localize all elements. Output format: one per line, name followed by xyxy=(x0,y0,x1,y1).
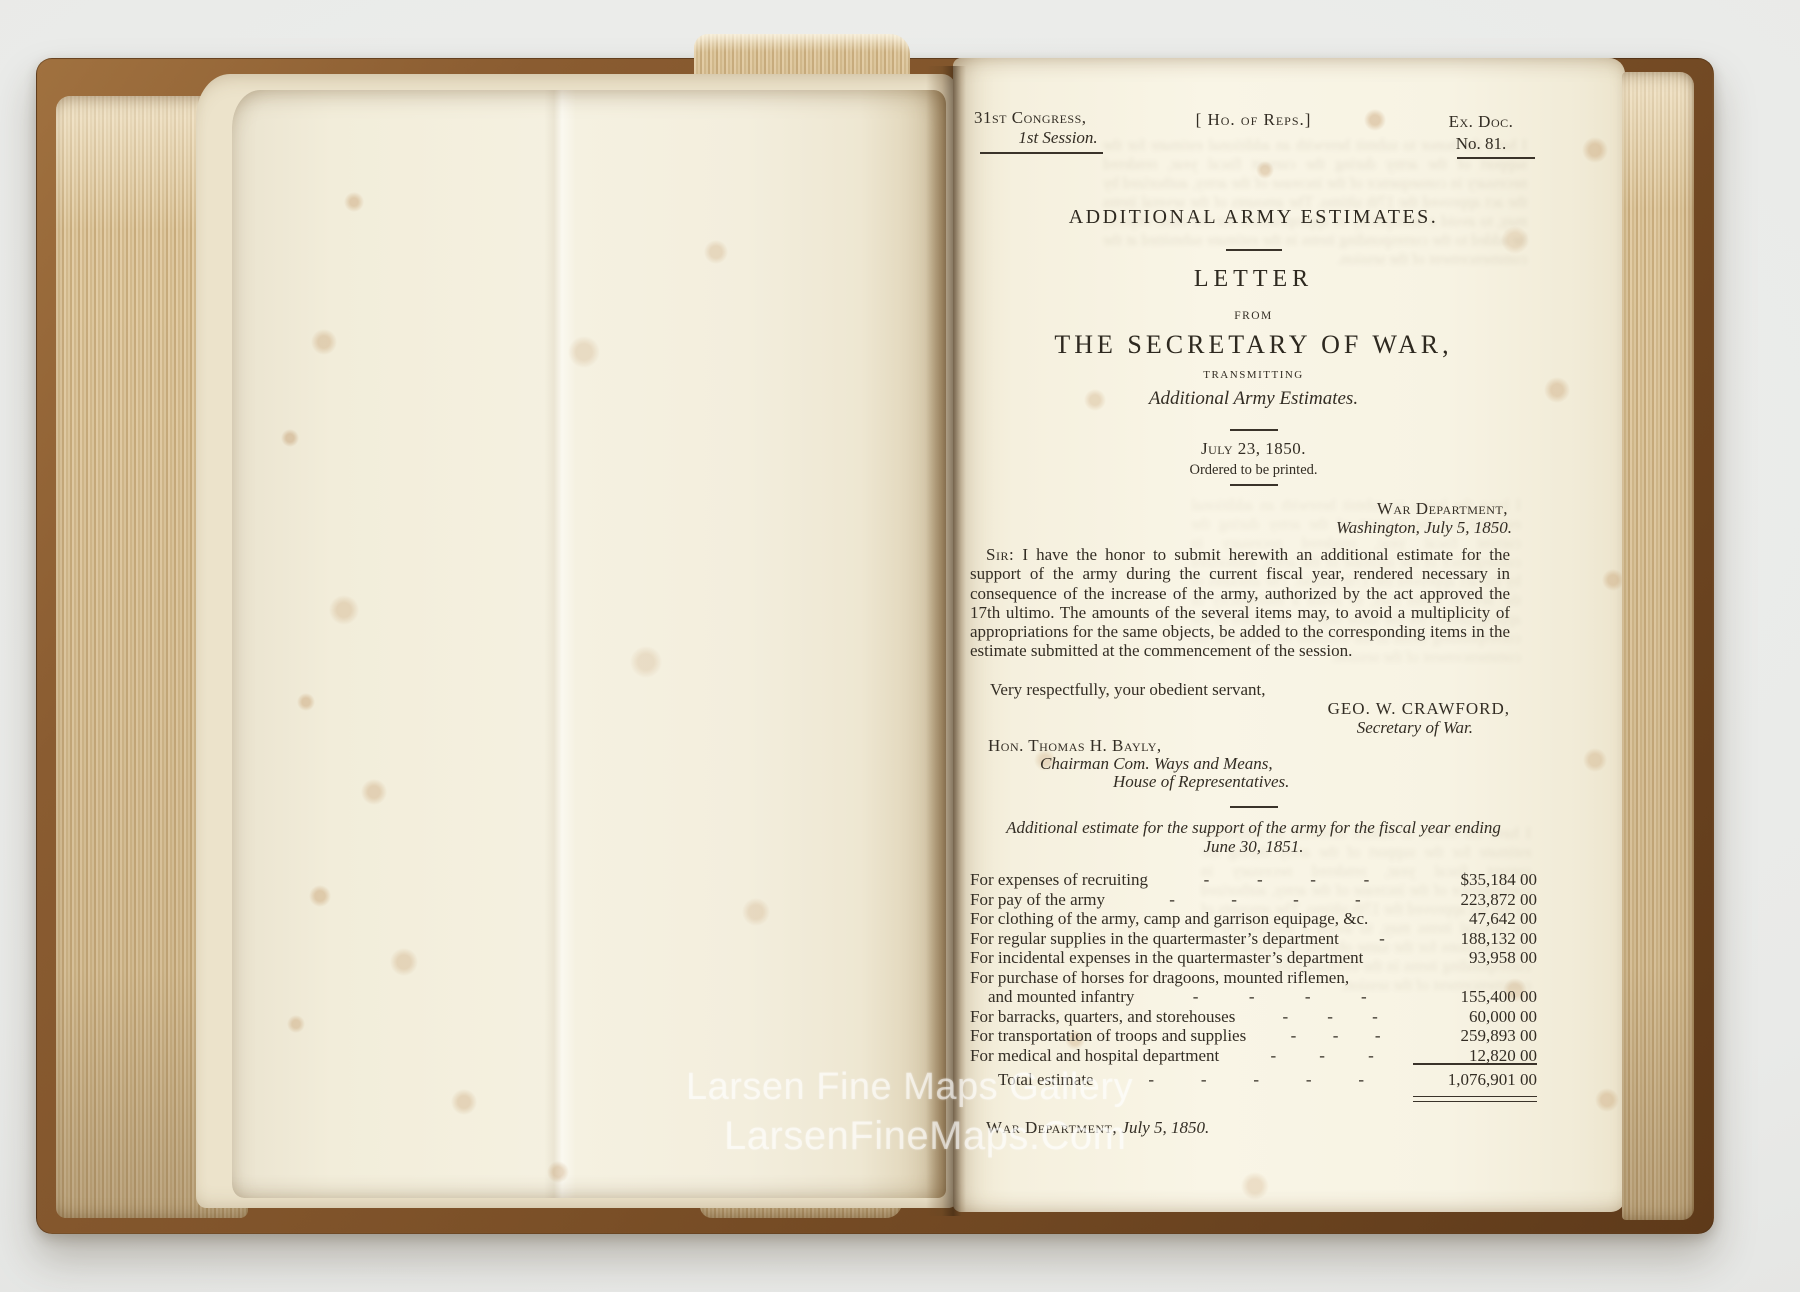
estimate-row-leader: ---- xyxy=(1134,987,1425,1007)
estimate-row-label: For expenses of recruiting xyxy=(970,870,1148,890)
estimate-row: For expenses of recruiting----$35,184 00 xyxy=(970,870,1537,890)
doc-number-rule xyxy=(1457,157,1535,159)
letter-body-text: I have the honor to submit herewith an a… xyxy=(970,545,1510,660)
estimate-row-amount: 223,872 00 xyxy=(1425,890,1537,910)
dept-place-date: Washington, July 5, 1850. xyxy=(1336,518,1512,538)
subtitle: Additional Army Estimates. xyxy=(970,388,1537,410)
estimate-row: For transportation of troops and supplie… xyxy=(970,1026,1537,1046)
addressee-role: Chairman Com. Ways and Means, xyxy=(1040,754,1273,774)
date-rule-top xyxy=(1230,429,1278,431)
ordered-note: Ordered to be printed. xyxy=(970,462,1537,479)
estimate-row: and mounted infantry----155,400 00 xyxy=(970,987,1537,1007)
print-date: July 23, 1850. xyxy=(970,439,1537,459)
letter-word: LETTER xyxy=(970,266,1537,293)
estimate-row: For purchase of horses for dragoons, mou… xyxy=(970,968,1537,988)
estimate-row-label: For clothing of the army, camp and garri… xyxy=(970,909,1368,929)
dept-heading: War Department, xyxy=(1377,499,1508,519)
estimate-row-label: For pay of the army xyxy=(970,890,1105,910)
letter-body: Sir: I have the honor to submit herewith… xyxy=(970,545,1510,661)
estimate-row: For incidental expenses in the quarterma… xyxy=(970,948,1537,968)
congress-rule xyxy=(980,152,1103,154)
estimate-caption-line2: June 30, 1851. xyxy=(970,837,1537,857)
estimate-row-label: For purchase of horses for dragoons, mou… xyxy=(970,968,1349,988)
estimate-rows: For expenses of recruiting----$35,184 00… xyxy=(970,870,1537,1065)
transmitting-word: TRANSMITTING xyxy=(970,369,1537,381)
total-label: Total estimate xyxy=(998,1070,1094,1090)
photograph-of-open-book: I have the honor to submit herewith an a… xyxy=(0,0,1800,1292)
page-content: 31st Congress, 1st Session. [ Ho. of Rep… xyxy=(970,58,1537,1212)
estimate-row: For barracks, quarters, and storehouses-… xyxy=(970,1007,1537,1027)
estimate-row-amount: 93,958 00 xyxy=(1425,948,1537,968)
doc-number-line1: Ex. Doc. xyxy=(1449,112,1514,131)
estimate-row-leader: --- xyxy=(1235,1007,1425,1027)
addressee-name: Hon. Thomas H. Bayly, xyxy=(988,736,1162,756)
caption-rule xyxy=(1230,806,1278,808)
total-rule xyxy=(1413,1063,1537,1065)
closing-line: Very respectfully, your obedient servant… xyxy=(990,680,1266,700)
estimate-row-label: For barracks, quarters, and storehouses xyxy=(970,1007,1235,1027)
footer-date: July 5, 1850. xyxy=(1121,1118,1209,1137)
estimate-row: For clothing of the army, camp and garri… xyxy=(970,909,1537,929)
estimate-row-label: For regular supplies in the quartermaste… xyxy=(970,929,1339,949)
total-leader: ----- xyxy=(1094,1070,1419,1090)
estimate-row-leader: ---- xyxy=(1148,870,1425,890)
estimate-row-leader: --- xyxy=(1219,1046,1425,1066)
main-title: ADDITIONAL ARMY ESTIMATES. xyxy=(970,206,1537,229)
estimate-caption-line1: Additional estimate for the support of t… xyxy=(970,818,1537,838)
left-page-foxing xyxy=(232,90,946,1198)
left-blank-page xyxy=(232,90,946,1198)
estimate-row-amount: $35,184 00 xyxy=(1425,870,1537,890)
footer-dept: War Department, xyxy=(986,1118,1117,1137)
right-page: I have the honor to submit herewith an a… xyxy=(953,58,1625,1212)
estimate-row-label: For medical and hospital department xyxy=(970,1046,1219,1066)
total-row: Total estimate ----- 1,076,901 00 xyxy=(970,1070,1537,1090)
estimate-row-amount: 155,400 00 xyxy=(1425,987,1537,1007)
addressee-org: House of Representatives. xyxy=(1113,772,1289,792)
footer-line: War Department, July 5, 1850. xyxy=(986,1118,1209,1138)
right-fore-edge xyxy=(1622,72,1694,1220)
estimate-row-leader: - xyxy=(1339,929,1425,949)
date-rule-bottom xyxy=(1230,484,1278,486)
estimate-row-amount: 259,893 00 xyxy=(1425,1026,1537,1046)
session-label: 1st Session. xyxy=(974,128,1142,148)
total-double-rule xyxy=(1413,1096,1537,1102)
signer-title: Secretary of War. xyxy=(1357,718,1473,738)
estimate-row-label: For incidental expenses in the quarterma… xyxy=(970,948,1363,968)
estimate-row: For pay of the army----223,872 00 xyxy=(970,890,1537,910)
doc-number-line2: No. 81. xyxy=(1425,134,1537,154)
secretary-title: THE SECRETARY OF WAR, xyxy=(970,330,1537,360)
salutation: Sir: xyxy=(986,545,1014,564)
estimate-row-amount: 188,132 00 xyxy=(1425,929,1537,949)
signer-name: GEO. W. CRAWFORD, xyxy=(1328,699,1510,719)
doc-number-block: Ex. Doc. No. 81. xyxy=(1425,112,1537,154)
estimate-row-label: For transportation of troops and supplie… xyxy=(970,1026,1246,1046)
estimate-row-leader: ---- xyxy=(1105,890,1425,910)
estimate-row-amount: 47,642 00 xyxy=(1425,909,1537,929)
estimate-row-label: and mounted infantry xyxy=(988,987,1134,1007)
title-rule xyxy=(1226,249,1282,251)
estimate-row-leader: --- xyxy=(1246,1026,1425,1046)
estimate-row: For regular supplies in the quartermaste… xyxy=(970,929,1537,949)
estimate-row-amount: 60,000 00 xyxy=(1425,1007,1537,1027)
from-word: FROM xyxy=(970,310,1537,322)
total-amount: 1,076,901 00 xyxy=(1419,1070,1537,1090)
